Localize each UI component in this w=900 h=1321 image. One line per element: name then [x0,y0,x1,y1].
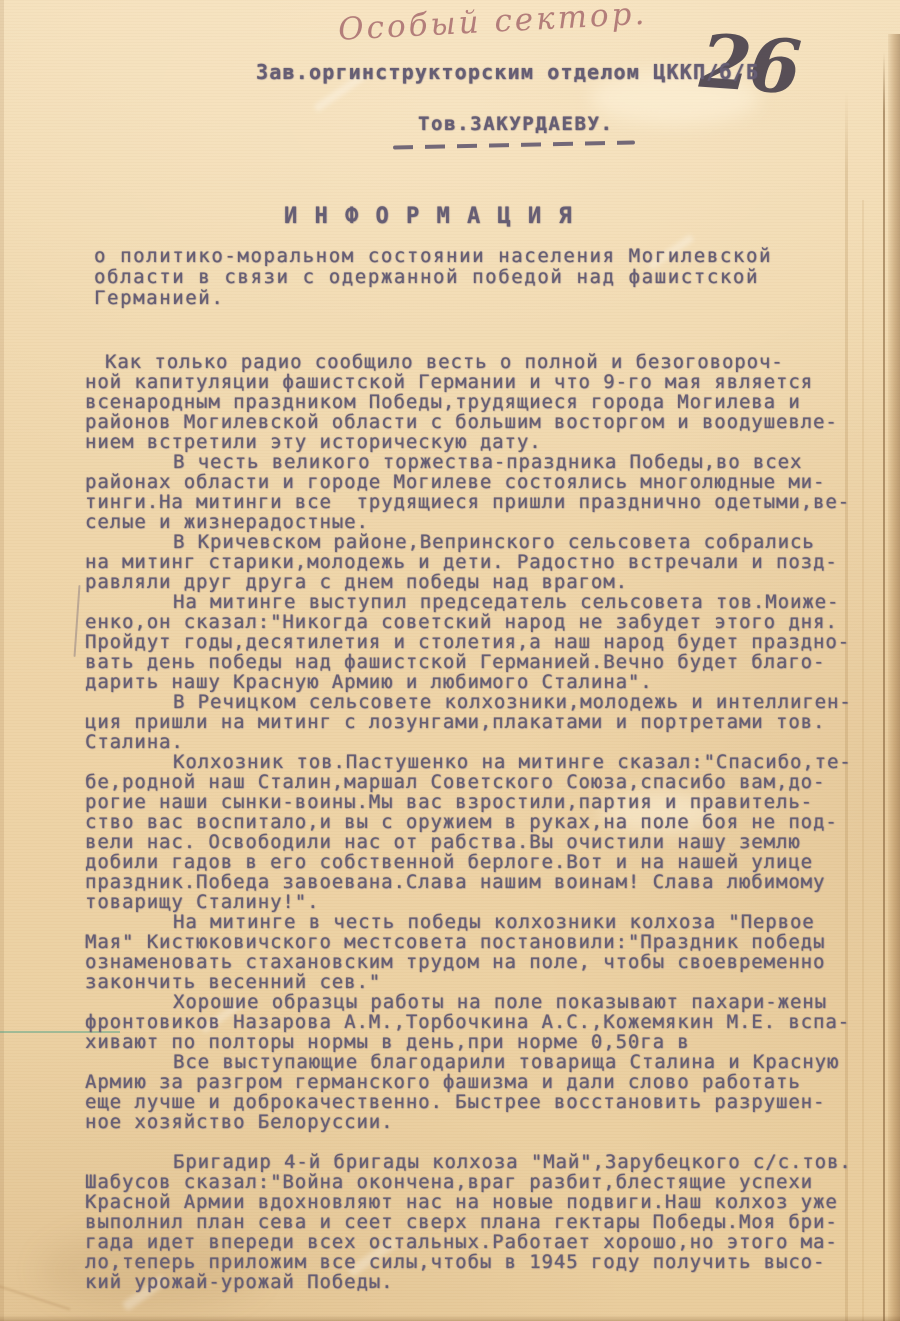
document-subtitle: о политико-моральном состоянии населения… [94,246,884,309]
paragraph: Как только радио сообщило весть о полной… [85,352,885,452]
paragraph: На митинге выступил председатель сельсов… [85,592,885,692]
paragraph: Бригадир 4-й бригады колхоза "Май",Заруб… [85,1152,885,1292]
paragraph: В Кричевском районе,Вепринского сельсове… [85,532,885,592]
document-title: И Н Ф О Р М А Ц И Я [284,204,574,229]
paragraph: Все выступающие благодарили товарища Ста… [85,1052,885,1132]
paragraph: В честь великого торжества-праздника Поб… [85,452,885,532]
paragraph: Колхозник тов.Пастушенко на митинге сказ… [85,752,885,912]
paragraph: На митинге в честь победы колхозники кол… [85,912,885,992]
left-paper-edge [0,0,4,1321]
paragraph: В Речицком сельсовете колхозники,молодеж… [85,692,885,752]
header-addressee: Тов.ЗАКУРДАЕВУ. [418,113,614,135]
header-recipient-line: Зав.оргинструкторским отделом ЦККП/б/Б [256,60,759,84]
page-stack-edge [888,34,900,1321]
bottom-paper-edge [0,1315,900,1321]
paragraph: Хорошие образцы работы на поле показываю… [85,992,885,1052]
document-body: Как только радио сообщило весть о полной… [85,352,885,1292]
